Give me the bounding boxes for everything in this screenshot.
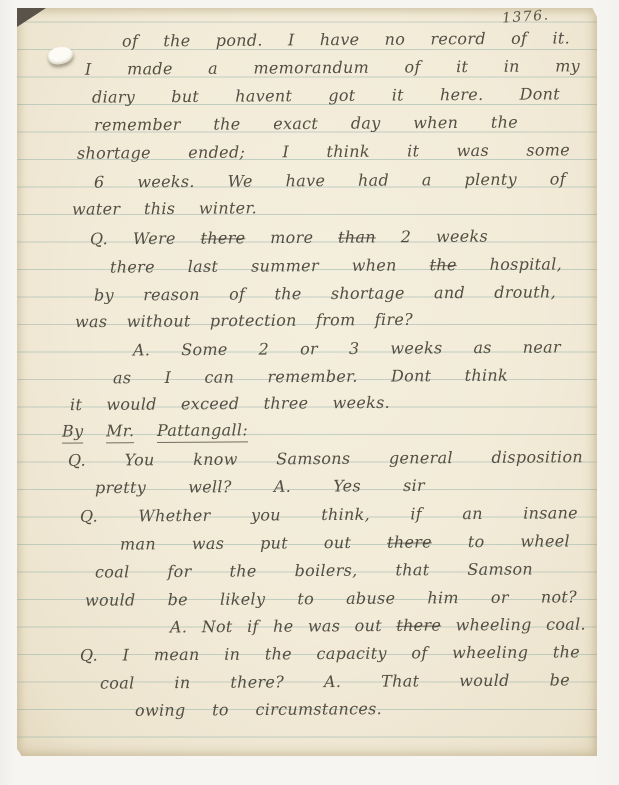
handwritten-word: there	[110, 257, 155, 276]
handwritten-word: he	[273, 617, 294, 636]
handwritten-word: Not	[202, 617, 233, 636]
handwritten-word: 3	[349, 339, 360, 358]
handwritten-word: day	[351, 113, 381, 132]
handwritten-word: to	[212, 700, 229, 719]
handwritten-word: A.	[324, 672, 341, 691]
handwritten-word: not?	[541, 587, 577, 606]
handwritten-word: I	[123, 645, 130, 664]
handwritten-word: for	[167, 562, 191, 581]
handwritten-word: of	[229, 285, 245, 304]
handwritten-word: more	[270, 228, 313, 247]
handwritten-word: it	[392, 85, 404, 104]
handwritten-word: exceed	[181, 394, 240, 413]
handwriting-layer: ofthepond.Ihavenorecordofit.Imadeamemora…	[0, 0, 619, 785]
handwritten-word: there	[387, 532, 432, 551]
handwritten-word: of	[122, 31, 138, 50]
handwritten-word: remember	[94, 115, 181, 135]
handwritten-line: 6weeks.Wehavehadaplentyof	[94, 169, 566, 191]
handwritten-word: think,	[321, 505, 370, 524]
handwritten-word: You	[125, 450, 155, 469]
handwritten-word: I	[165, 368, 172, 387]
handwritten-word: plenty	[464, 170, 517, 189]
handwritten-word: 2	[401, 227, 412, 246]
handwritten-line: Q.Whetheryouthink,ifaninsane	[80, 503, 578, 525]
handwritten-word: of	[404, 57, 420, 76]
handwritten-word: That	[381, 671, 419, 690]
handwritten-word: out	[324, 533, 351, 552]
handwritten-word: well?	[188, 477, 232, 496]
scanned-document-page: 1376. ofthepond.Ihavenorecordofit.Imadea…	[0, 0, 619, 785]
handwritten-word: exact	[273, 114, 318, 133]
handwritten-line: Q.YouknowSamsonsgeneraldisposition	[68, 447, 583, 470]
handwritten-word: here.	[440, 85, 484, 104]
handwritten-word: likely	[220, 589, 265, 608]
handwritten-word: of	[550, 169, 566, 188]
handwritten-word: in	[504, 57, 520, 76]
handwritten-word: some	[526, 140, 570, 159]
handwritten-word: protection	[210, 311, 297, 331]
handwritten-word: mean	[154, 645, 200, 664]
handwritten-word: have	[286, 171, 326, 190]
handwritten-line: therelastsummerwhenthehospital,	[110, 254, 562, 276]
handwritten-word: pond.	[216, 31, 263, 50]
handwritten-word: would	[85, 590, 136, 609]
handwritten-line: remembertheexactdaywhenthe	[94, 113, 518, 135]
handwritten-word: reason	[143, 285, 200, 304]
handwritten-line: waswithoutprotectionfromfire?	[75, 310, 413, 331]
handwritten-word: as	[473, 338, 491, 357]
handwritten-word: ended;	[188, 143, 245, 162]
handwritten-word: and	[434, 283, 465, 302]
handwritten-word: to	[297, 589, 314, 608]
handwritten-word: weeks	[390, 338, 442, 357]
handwritten-word: it	[456, 57, 468, 76]
handwritten-word: wheel	[520, 531, 570, 550]
handwritten-word: without	[127, 311, 191, 330]
handwritten-word: disposition	[491, 447, 583, 467]
handwritten-line: Imadeamemorandumofitinmy	[85, 56, 580, 78]
handwritten-line: coalinthere?A.Thatwouldbe	[100, 670, 570, 692]
handwritten-word: think	[465, 366, 508, 385]
handwritten-word: a	[422, 170, 432, 189]
handwritten-word: weeks	[436, 227, 488, 246]
handwritten-word: can	[204, 368, 234, 387]
handwritten-line: ByMr.Pattangall:	[62, 420, 248, 443]
handwritten-word: general	[389, 448, 453, 467]
handwritten-word: was	[308, 616, 340, 635]
handwritten-word: to	[468, 532, 485, 551]
handwritten-word: man	[120, 534, 156, 553]
handwritten-word: last	[188, 257, 219, 276]
handwritten-word: the	[430, 255, 457, 274]
handwritten-word: from	[316, 310, 356, 329]
handwritten-word: abuse	[346, 589, 395, 608]
handwritten-word: my	[555, 56, 580, 75]
handwritten-word: there	[200, 228, 245, 247]
handwritten-word: We	[228, 172, 253, 191]
handwritten-word: Mr.	[106, 421, 134, 443]
handwritten-word: Samsons	[276, 449, 350, 469]
handwritten-word: when	[413, 113, 458, 132]
handwritten-word: 2	[259, 340, 270, 359]
handwritten-word: of	[511, 29, 527, 48]
handwritten-word: the	[265, 644, 292, 663]
handwritten-word: sir	[403, 476, 425, 495]
handwritten-line: A.Some2or3weeksasnear	[133, 338, 561, 360]
handwritten-word: would	[106, 395, 157, 414]
handwritten-word: if	[247, 617, 259, 636]
handwritten-word: in	[174, 673, 190, 692]
handwritten-line: wouldbelikelytoabusehimornot?	[85, 587, 577, 609]
handwritten-word: diary	[92, 87, 135, 106]
handwritten-word: was	[457, 141, 489, 160]
handwritten-word: out	[355, 616, 382, 635]
handwritten-word: by	[94, 285, 114, 304]
handwritten-line: A.Notifhewasouttherewheelingcoal.	[170, 615, 586, 637]
handwritten-word: Some	[181, 340, 228, 359]
handwritten-line: manwasputouttheretowheel	[120, 531, 570, 553]
handwritten-word: pretty	[95, 478, 146, 497]
handwritten-word: was	[192, 534, 224, 553]
handwritten-word: A.	[133, 340, 150, 359]
handwritten-word: insane	[523, 503, 578, 522]
handwritten-word: A.	[274, 477, 291, 496]
handwritten-line: owingtocircumstances.	[135, 699, 382, 720]
handwritten-line: Q.Weretheremorethan2weeks	[90, 227, 488, 249]
handwritten-word: an	[462, 504, 483, 523]
handwritten-word: Dont	[520, 84, 561, 103]
handwritten-word: that	[395, 560, 429, 579]
handwritten-word: this	[144, 199, 175, 218]
handwritten-line: byreasonoftheshortageanddrouth,	[94, 282, 556, 304]
handwritten-word: memorandum	[253, 58, 369, 78]
handwritten-word: circumstances.	[255, 699, 382, 719]
handwritten-word: no	[385, 30, 406, 49]
handwritten-word: remember.	[267, 367, 357, 387]
handwritten-word: the	[491, 113, 518, 132]
handwritten-word: winter.	[199, 198, 257, 217]
handwritten-word: made	[127, 59, 173, 78]
handwritten-word: Samson	[467, 559, 533, 578]
handwritten-word: got	[328, 86, 355, 105]
handwritten-word: would	[459, 671, 510, 690]
handwritten-word: three	[263, 393, 308, 412]
handwritten-word: drouth,	[494, 282, 556, 301]
handwritten-word: the	[553, 642, 580, 661]
handwritten-word: coal	[95, 562, 130, 581]
handwritten-word: the	[274, 284, 301, 303]
handwritten-line: ofthepond.Ihavenorecordofit.	[122, 28, 570, 50]
handwritten-word: be	[167, 590, 187, 609]
handwritten-word: think	[326, 142, 369, 161]
handwritten-word: record	[430, 29, 486, 48]
handwritten-word: 6	[94, 173, 105, 192]
handwritten-word: was	[75, 312, 107, 331]
handwritten-word: the	[213, 114, 240, 133]
handwritten-line: itwouldexceedthreeweeks.	[70, 393, 390, 414]
handwritten-word: hospital,	[490, 254, 563, 274]
handwritten-word: it.	[552, 28, 570, 47]
handwritten-word: wheeling	[455, 615, 531, 635]
handwritten-word: there	[396, 616, 441, 635]
handwritten-word: shortage	[331, 283, 405, 303]
handwritten-word: By	[62, 422, 84, 444]
handwritten-word: I	[85, 60, 92, 79]
handwritten-word: have	[320, 30, 360, 49]
handwritten-word: it	[407, 141, 419, 160]
handwritten-word: in	[224, 645, 240, 664]
handwritten-word: the	[163, 31, 190, 50]
handwritten-word: there?	[230, 672, 284, 691]
handwritten-word: shortage	[77, 143, 151, 163]
handwritten-word: havent	[235, 86, 292, 105]
handwritten-word: weeks.	[137, 172, 195, 191]
handwritten-word: know	[193, 450, 238, 469]
handwritten-word: or	[300, 339, 318, 358]
handwritten-word: coal.	[546, 615, 586, 634]
handwritten-word: boilers,	[295, 561, 358, 580]
handwritten-word: I	[282, 142, 289, 161]
handwritten-word: when	[352, 256, 397, 275]
handwritten-word: than	[338, 227, 376, 246]
handwritten-line: prettywell?A.Yessir	[95, 476, 425, 497]
handwritten-line: asIcanremember.Dontthink	[113, 366, 508, 388]
handwritten-word: capacity	[316, 644, 386, 663]
handwritten-word: coal	[100, 673, 135, 692]
handwritten-word: Yes	[333, 476, 361, 495]
handwritten-word: him	[427, 588, 459, 607]
handwritten-word: you	[251, 505, 281, 524]
handwritten-word: as	[113, 368, 131, 387]
handwritten-word: had	[358, 171, 389, 190]
handwritten-word: summer	[251, 256, 319, 275]
handwritten-word: I	[288, 30, 295, 49]
handwritten-word: A.	[170, 617, 187, 636]
handwritten-line: diarybuthaventgotithere.Dont	[92, 84, 560, 106]
handwritten-word: put	[260, 533, 288, 552]
handwritten-word: fire?	[375, 310, 413, 329]
handwritten-word: Q.	[80, 646, 98, 665]
handwritten-line: Q.Imeaninthecapacityofwheelingthe	[80, 642, 580, 664]
handwritten-word: Whether	[138, 506, 210, 526]
handwritten-word: Q.	[90, 229, 108, 248]
handwritten-word: the	[229, 561, 256, 580]
handwritten-word: near	[523, 338, 561, 357]
handwritten-word: Pattangall:	[157, 420, 248, 443]
handwritten-word: Were	[133, 229, 176, 248]
handwritten-word: of	[411, 643, 427, 662]
handwritten-word: be	[550, 670, 570, 689]
handwritten-word: Dont	[391, 366, 432, 385]
handwritten-word: weeks.	[332, 393, 390, 412]
handwritten-word: if	[410, 504, 422, 523]
handwritten-word: wheeling	[452, 643, 528, 663]
handwritten-word: it	[70, 395, 82, 414]
handwritten-word: Q.	[80, 507, 98, 526]
handwritten-line: waterthiswinter.	[72, 198, 257, 218]
handwritten-word: Q.	[68, 451, 86, 470]
handwritten-line: shortageended;Ithinkitwassome	[77, 140, 570, 162]
handwritten-word: owing	[135, 701, 186, 720]
handwritten-word: but	[171, 87, 199, 106]
handwritten-line: coalfortheboilers,thatSamson	[95, 559, 533, 581]
handwritten-word: or	[491, 588, 509, 607]
handwritten-word: a	[208, 59, 218, 78]
handwritten-word: water	[72, 199, 120, 218]
